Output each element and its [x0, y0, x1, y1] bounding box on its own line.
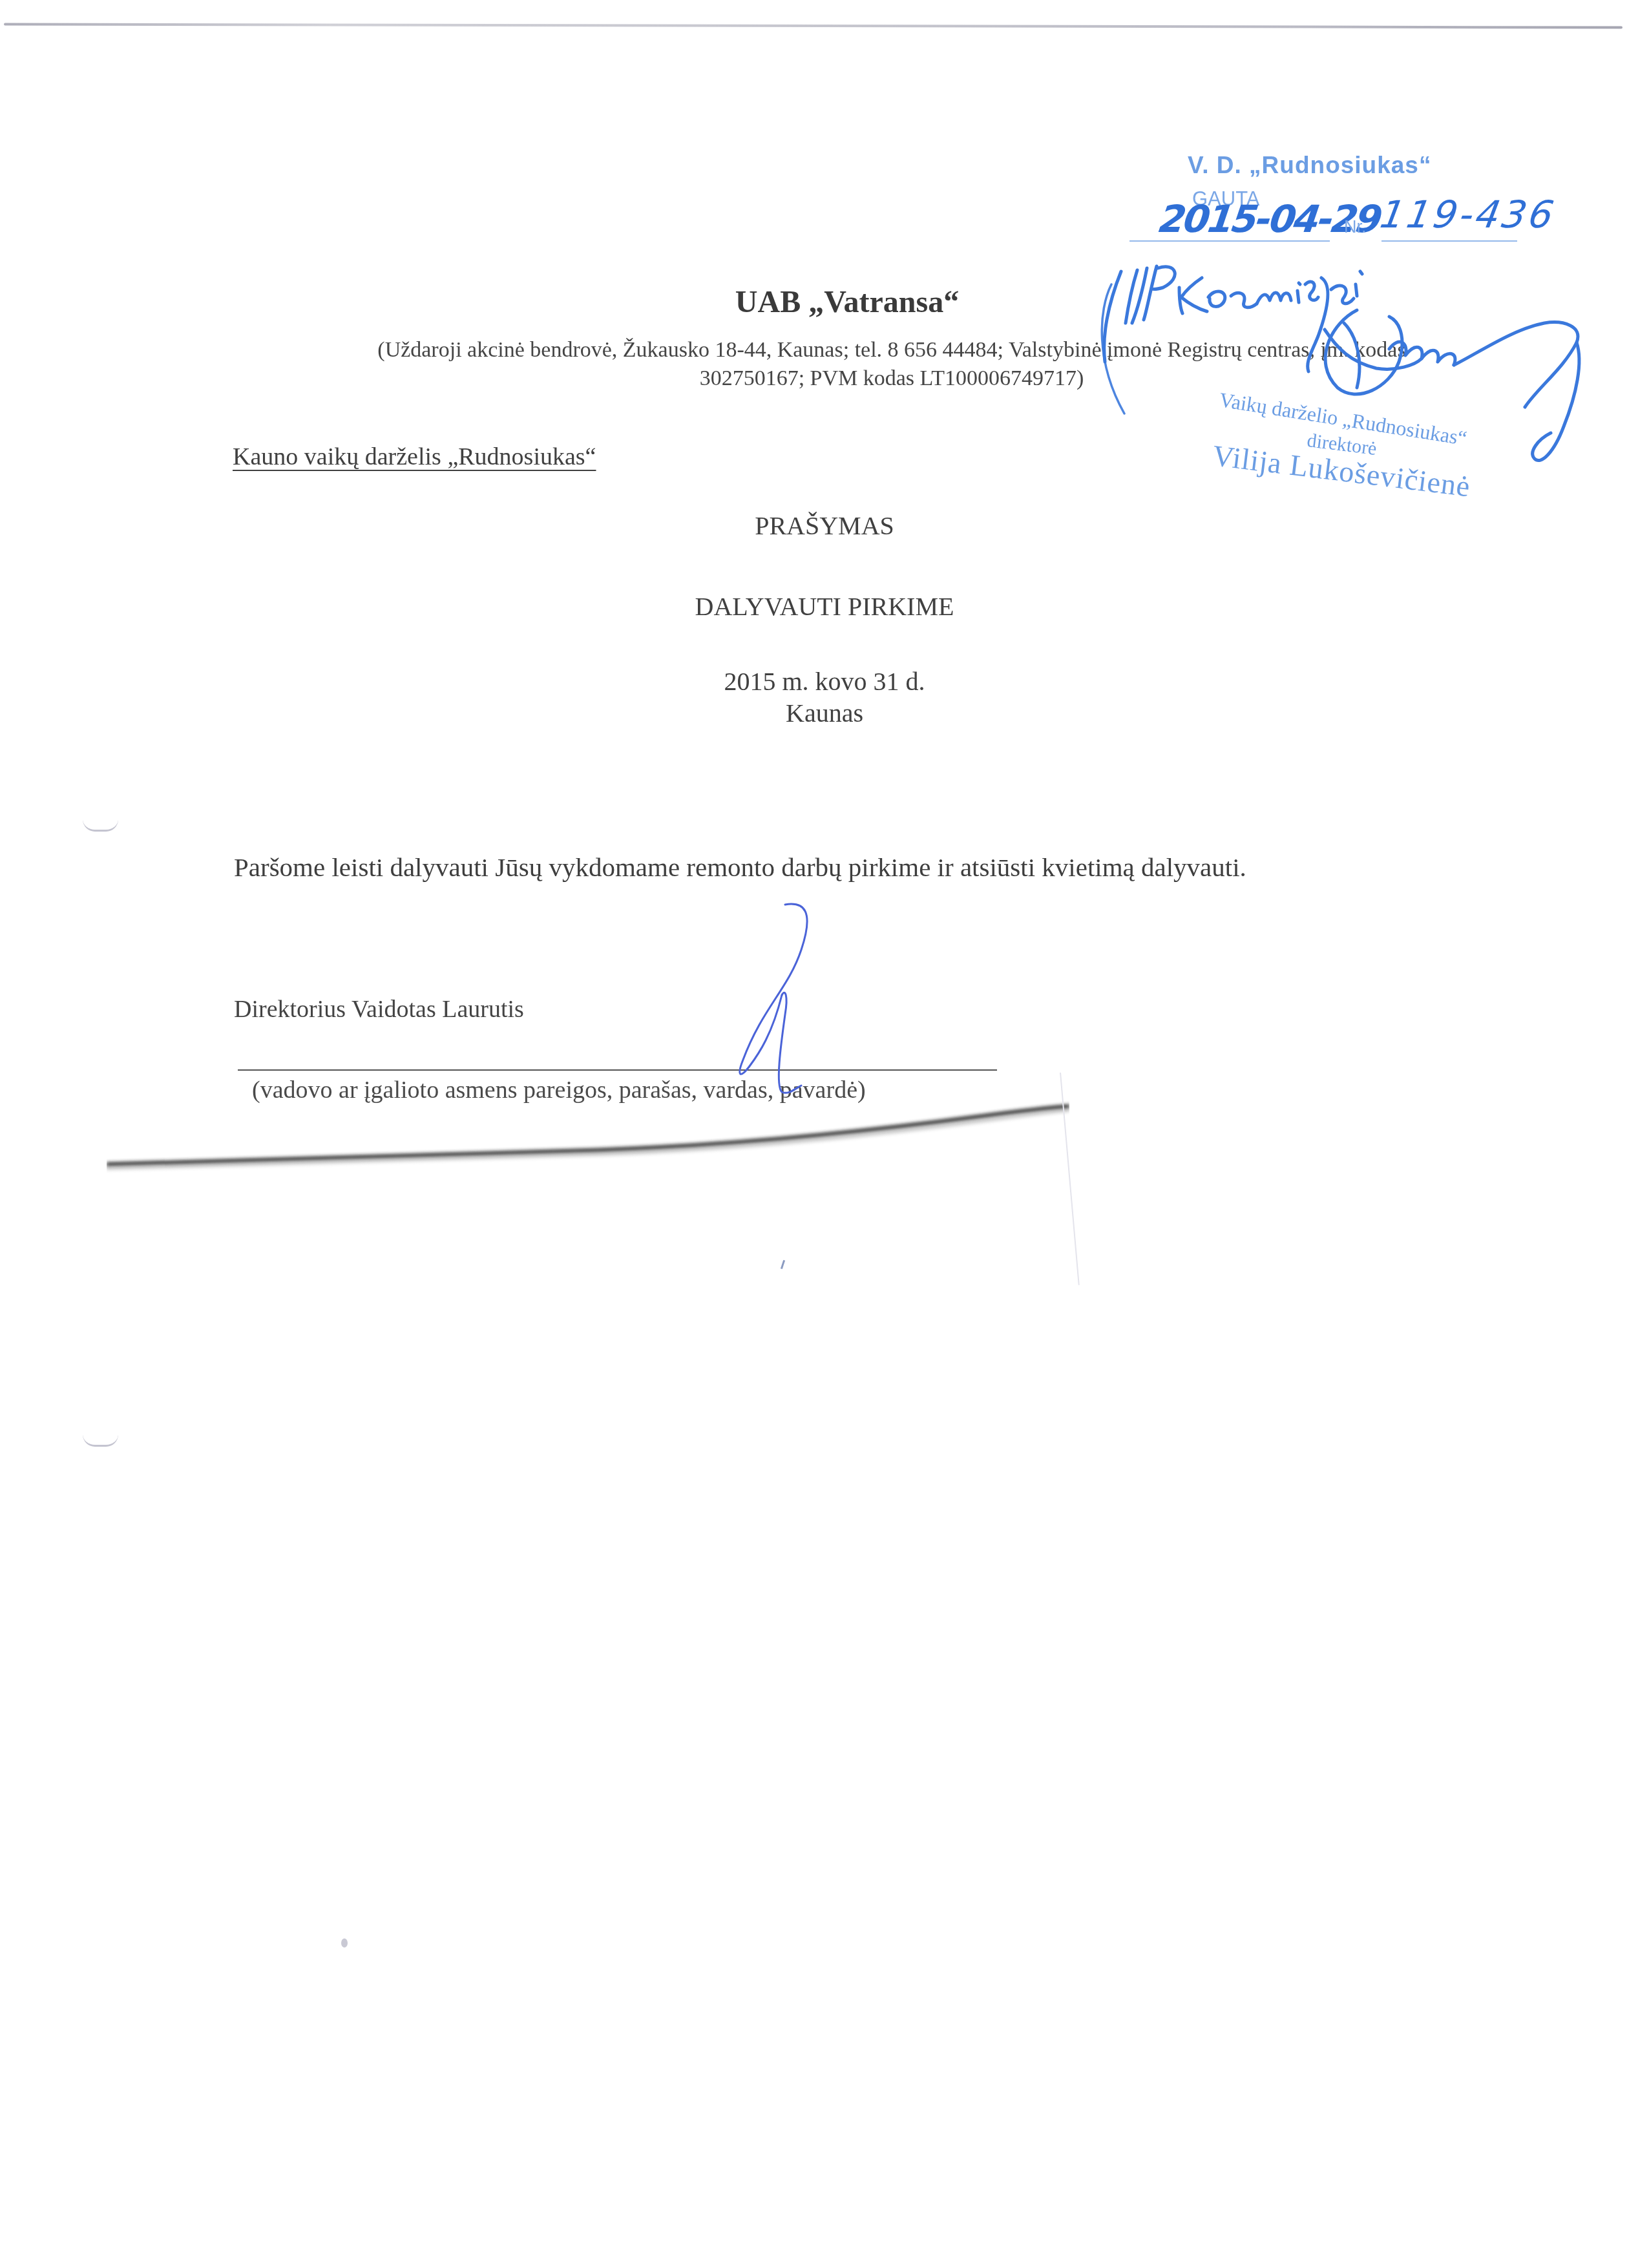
scan-speck: [341, 1938, 348, 1948]
document-type: PRAŠYMAS: [0, 510, 1649, 541]
page-fold-shadow: [107, 1092, 1069, 1182]
registration-number-label: Nr.: [1344, 217, 1367, 237]
document-date: 2015 m. kovo 31 d.: [0, 666, 1649, 698]
registration-stamp-institution: V. D. „Rudnosiukas“: [1188, 152, 1431, 179]
signer-signature: [740, 904, 807, 1093]
company-details-line2: 302750167; PVM kodas LT100006749717): [220, 364, 1564, 393]
scan-top-edge: [4, 23, 1623, 28]
pen-mark: [781, 1260, 785, 1269]
document-body: Paršome leisti dalyvauti Jūsų vykdomame …: [234, 852, 1246, 883]
registration-number-underline: [1381, 240, 1517, 242]
signature-line: [238, 1069, 997, 1071]
binder-hole-mark: [83, 1434, 118, 1447]
document-subject: DALYVAUTI PIRKIME: [0, 591, 1649, 622]
registration-number: 119-436: [1377, 193, 1559, 236]
binder-hole-mark: [83, 819, 118, 832]
registration-date-underline: [1129, 240, 1330, 242]
company-name: UAB „Vatransa“: [0, 284, 1649, 320]
recipient: Kauno vaikų darželis „Rudnosiukas“: [233, 443, 596, 471]
scanned-document-page: V. D. „Rudnosiukas“ GAUTA 2015-04-29 Nr.…: [0, 0, 1649, 2268]
document-place: Kaunas: [0, 698, 1649, 728]
company-details-line1: (Uždaroji akcinė bendrovė, Žukausko 18-4…: [220, 336, 1564, 364]
signer-name: Direktorius Vaidotas Laurutis: [234, 995, 524, 1024]
company-details: (Uždaroji akcinė bendrovė, Žukausko 18-4…: [220, 336, 1564, 393]
